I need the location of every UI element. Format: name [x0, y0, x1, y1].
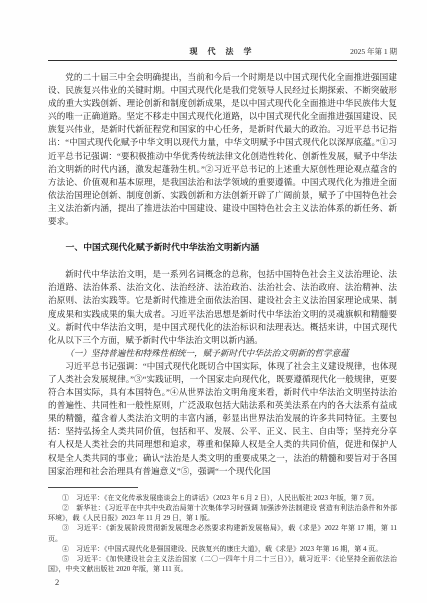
journal-page: 现 代 法 学 2025 年第 1 期 党的二十届三中全会明确提出，当前和今后一… [0, 0, 427, 603]
footnote-item-5: ⑤ 习近平：《加快建设社会主义法治国家（二〇一四年十月二十三日）》，载习近平：《… [48, 554, 397, 574]
issue-number: 2025 年第 1 期 [350, 46, 397, 57]
header-rule [48, 60, 397, 61]
body-paragraph-3: 习近平总书记强调：“中国式现代化既切合中国实际，体现了社会主义建设规律，也体现了… [48, 360, 397, 478]
page-number: 2 [55, 577, 427, 587]
page-header: 现 代 法 学 2025 年第 1 期 [48, 46, 397, 57]
section-heading: 一、中国式现代化赋予新时代中华法治文明新内涵 [48, 241, 397, 254]
footnote-item-4: ④ 习近平：《中国式现代化是强国建设、民族复兴的康庄大道》，载《求是》2023 … [48, 544, 397, 554]
footnotes: ① 习近平：《在文化传承发展座谈会上的讲话》（2023 年 6 月 2 日），人… [48, 493, 397, 575]
subsection-heading: （一）坚持普遍性和特殊性相统一，赋予新时代中华法治文明新的哲学意蕴 [48, 347, 397, 360]
body-paragraph-2: 新时代中华法治文明，是一系列名词概念的总称，包括中国特色社会主义法治理论、法治道… [48, 268, 397, 347]
journal-title: 现 代 法 学 [190, 46, 256, 57]
article-body: 党的二十届三中全会明确提出，当前和今后一个时期是以中国式现代化全面推进强国建设、… [48, 71, 397, 478]
footnote-item-1: ① 习近平：《在文化传承发展座谈会上的讲话》（2023 年 6 月 2 日），人… [48, 493, 397, 503]
footnote-item-3: ③ 习近平：《新发展阶段贯彻新发展理念必然要求构建新发展格局》，载《求是》202… [48, 523, 397, 543]
body-paragraph-1: 党的二十届三中全会明确提出，当前和今后一个时期是以中国式现代化全面推进强国建设、… [48, 71, 397, 228]
footnote-item-2: ② 新华社：《习近平在中共中央政治局第十次集体学习时强调 加强涉外法制建设 营造… [48, 503, 397, 523]
footnote-separator [48, 487, 138, 488]
